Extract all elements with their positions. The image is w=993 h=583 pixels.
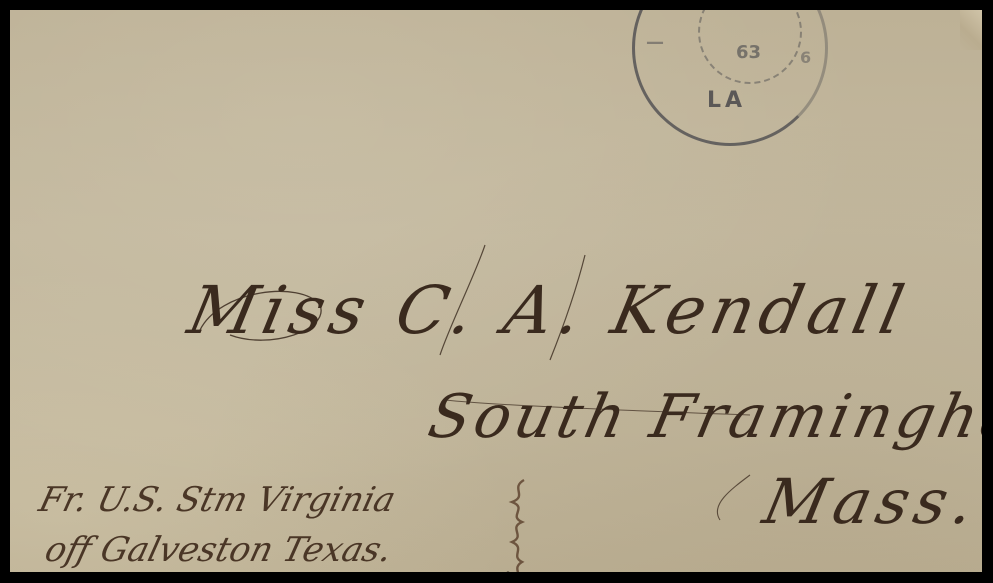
ink-scribble — [502, 478, 532, 572]
sender-note-line1: Fr. U.S. Stm Virginia — [35, 480, 400, 520]
sender-note-line2: off Galveston Texas. — [41, 530, 396, 570]
postmark-state: LA — [707, 88, 746, 113]
postmark-left-fragment: — — [646, 32, 664, 53]
recipient-state: Mass. — [757, 465, 982, 538]
envelope: — 63 6 LA Miss C. A. Kendall South Frami… — [10, 10, 982, 572]
recipient-town: South Framingham — [423, 382, 982, 452]
corner-crease — [960, 10, 982, 50]
recipient-name: Miss C. A. Kendall — [182, 272, 916, 349]
postmark-right-fragment: 6 — [800, 48, 811, 67]
postmark-year: 63 — [736, 42, 761, 63]
